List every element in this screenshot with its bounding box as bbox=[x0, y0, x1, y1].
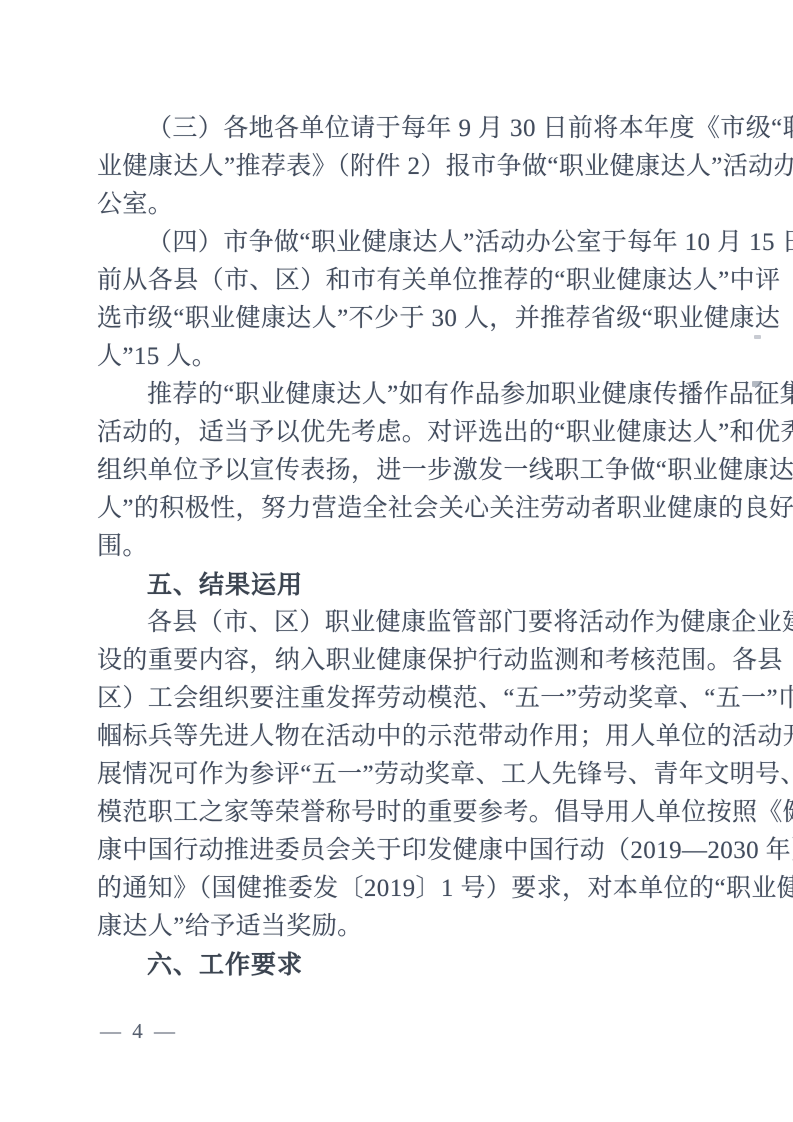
section-heading-results-application: 五、结果运用 bbox=[97, 566, 742, 604]
text-line: 前从各县（市、区）和市有关单位推荐的“职业健康达人”中评 bbox=[97, 262, 742, 300]
text-line: 帼标兵等先进人物在活动中的示范带动作用；用人单位的活动开 bbox=[97, 718, 742, 756]
text-line: 区）工会组织要注重发挥劳动模范、“五一”劳动奖章、“五一”巾 bbox=[97, 680, 742, 718]
text-line: 围。 bbox=[97, 528, 742, 566]
scan-artifact bbox=[754, 335, 761, 339]
text-line: 推荐的“职业健康达人”如有作品参加职业健康传播作品征集 bbox=[97, 376, 742, 414]
text-line: 人”15 人。 bbox=[97, 338, 742, 376]
text-line: （三）各地各单位请于每年 9 月 30 日前将本年度《市级“职 bbox=[97, 110, 742, 148]
page-number: — 4 — bbox=[100, 1017, 178, 1045]
document-page: （三）各地各单位请于每年 9 月 30 日前将本年度《市级“职 业健康达人”推荐… bbox=[0, 0, 793, 1122]
text-line: 的通知》（国健推委发〔2019〕1 号）要求，对本单位的“职业健 bbox=[97, 870, 742, 908]
text-line: 公室。 bbox=[97, 186, 742, 224]
text-line: 康中国行动推进委员会关于印发健康中国行动（2019—2030 年） bbox=[97, 832, 742, 870]
text-line: 模范职工之家等荣誉称号时的重要参考。倡导用人单位按照《健 bbox=[97, 794, 742, 832]
text-line: （四）市争做“职业健康达人”活动办公室于每年 10 月 15 日 bbox=[97, 224, 742, 262]
text-line: 展情况可作为参评“五一”劳动奖章、工人先锋号、青年文明号、 bbox=[97, 756, 742, 794]
text-line: 康达人”给予适当奖励。 bbox=[97, 908, 742, 946]
text-line: 选市级“职业健康达人”不少于 30 人，并推荐省级“职业健康达 bbox=[97, 300, 742, 338]
section-heading-work-requirements: 六、工作要求 bbox=[97, 946, 742, 984]
text-line: 人”的积极性，努力营造全社会关心关注劳动者职业健康的良好氛 bbox=[97, 490, 742, 528]
text-line: 业健康达人”推荐表》（附件 2）报市争做“职业健康达人”活动办 bbox=[97, 148, 742, 186]
text-line: 各县（市、区）职业健康监管部门要将活动作为健康企业建 bbox=[97, 604, 742, 642]
document-body: （三）各地各单位请于每年 9 月 30 日前将本年度《市级“职 业健康达人”推荐… bbox=[97, 110, 742, 984]
text-line: 活动的，适当予以优先考虑。对评选出的“职业健康达人”和优秀 bbox=[97, 414, 742, 452]
text-line: 设的重要内容，纳入职业健康保护行动监测和考核范围。各县（市、 bbox=[97, 642, 742, 680]
scan-artifact bbox=[752, 381, 761, 387]
text-line: 组织单位予以宣传表扬，进一步激发一线职工争做“职业健康达 bbox=[97, 452, 742, 490]
